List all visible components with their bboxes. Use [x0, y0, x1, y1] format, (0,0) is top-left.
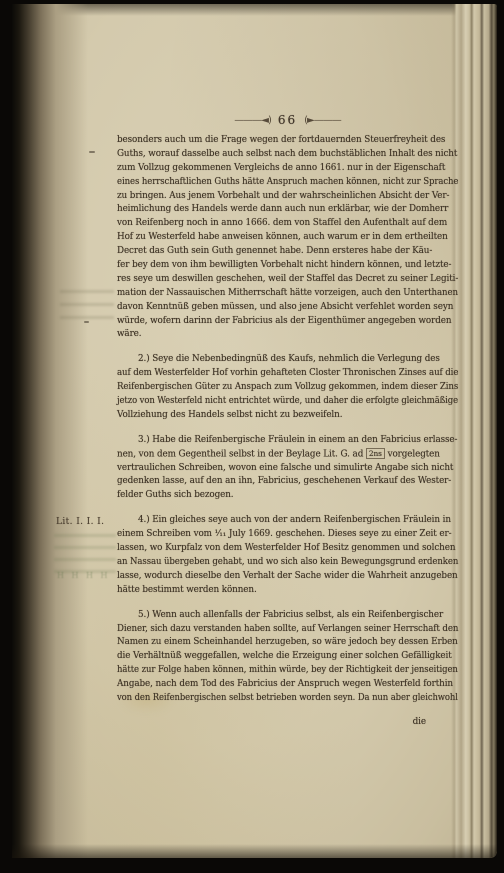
text-line: 5.) Wenn auch allenfalls der Fabricius s… [117, 609, 458, 623]
text-line: fer bey dem von ihm bewilligten Vorbehal… [117, 259, 458, 273]
text-line: Hof zu Westerfeld habe anweisen können, … [117, 231, 458, 245]
text-line: nen, von dem Gegentheil selbst in der Be… [117, 448, 458, 462]
page-number: 66 [271, 113, 304, 127]
paragraph: 4.) Ein gleiches seye auch von der ander… [117, 514, 458, 597]
ink-speck [84, 321, 89, 323]
text-line: 2.) Seye die Nebenbedingnüß des Kaufs, n… [117, 353, 458, 367]
text-line: felder Guths sich bezogen. [117, 489, 458, 503]
text-line: Reifenbergischen Güter zu Anspach zum Vo… [117, 381, 452, 395]
paragraph: 5.) Wenn auch allenfalls der Fabricius s… [117, 609, 458, 706]
text-line: heimlichung des Handels werde dann auch … [117, 203, 458, 217]
text-line: hätte zur Folge haben können, mithin wür… [117, 664, 447, 678]
text-line: auf dem Westerfelder Hof vorhin gehaftet… [117, 367, 451, 381]
text-line: an Nassau übergeben gehabt, und wo sich … [117, 556, 448, 570]
text-line: davon Kenntnüß geben müssen, und also je… [117, 301, 458, 315]
text-line: lassen, wo Kurpfalz von dem Westerfelder… [117, 542, 458, 556]
text-line: Guths, worauf dasselbe auch selbst nach … [117, 148, 458, 162]
text-line: Angabe, nach dem Tod des Fabricius der A… [117, 678, 458, 692]
text-line: eines herrschaftlichen Guths hätte Anspr… [117, 176, 448, 190]
text-line: einem Schreiben vom ¹⁄₁₁ July 1669. gesc… [117, 528, 458, 542]
book-page-scan: H H H H ———◄)66(►——— Lit. I. I. I. beson… [0, 0, 504, 873]
text-line: wäre. [117, 328, 458, 342]
text-line: von Reifenberg noch in anno 1666. dem vo… [117, 217, 458, 231]
header-ornament-right: (►——— [304, 115, 341, 126]
gutter-shadow [12, 4, 90, 858]
text-line: Vollziehung des Handels selbst nicht zu … [117, 409, 458, 423]
text-line: Diener, sich dazu verstanden haben sollt… [117, 623, 452, 637]
text-line: hätte bestimmt werden können. [117, 584, 458, 598]
paragraph: besonders auch um die Frage wegen der fo… [117, 134, 458, 342]
catchword: die [117, 717, 458, 730]
page-header: ———◄)66(►——— [117, 109, 458, 128]
text-segment: vorgelegten [385, 449, 440, 459]
text-line: zum Vollzug gekommenen Vergleichs de ann… [117, 162, 458, 176]
bleed-through-text: H H H H [57, 571, 110, 580]
text-line: Namen zu einem Scheinhandel herzugeben, … [117, 636, 457, 650]
text-line: vertraulichen Schreiben, wovon eine fals… [117, 462, 458, 476]
text-line: Decret das Guth sein Guth genennet habe.… [117, 245, 458, 259]
text-line: jetzo von Westerfeld nicht entrichtet wü… [117, 395, 445, 409]
text-segment: nen, von dem Gegentheil selbst in der Be… [117, 449, 366, 459]
paragraph: 3.) Habe die Reifenbergische Fräulein in… [117, 434, 458, 503]
text-line: die Verhältnüß weggefallen, welche die E… [117, 650, 458, 664]
margin-note: Lit. I. I. I. [56, 517, 104, 527]
text-line: res seye um deswillen geschehen, weil de… [117, 273, 458, 287]
text-line: besonders auch um die Frage wegen der fo… [117, 134, 458, 148]
header-ornament-left: ———◄) [234, 115, 271, 126]
text-line: von den Reifenbergischen selbst betriebe… [117, 692, 445, 706]
ink-speck [89, 151, 95, 153]
text-column: besonders auch um die Frage wegen der fo… [117, 134, 458, 730]
text-line: mation der Nassauischen Mitherrschaft hä… [117, 287, 450, 301]
text-line: gedenken lasse, auf den an ihn, Fabriciu… [117, 475, 458, 489]
text-line: 3.) Habe die Reifenbergische Fräulein in… [117, 434, 458, 448]
text-line: zu bringen. Aus jenem Vorbehalt und der … [117, 190, 458, 204]
boxed-exhibit-reference: 2ns [366, 448, 385, 459]
text-line: lasse, wodurch dieselbe den Verhalt der … [117, 570, 458, 584]
paragraph: 2.) Seye die Nebenbedingnüß des Kaufs, n… [117, 353, 458, 422]
text-line: 4.) Ein gleiches seye auch von der ander… [117, 514, 458, 528]
text-line: würde, wofern darinn der Fabricius als d… [117, 315, 458, 329]
